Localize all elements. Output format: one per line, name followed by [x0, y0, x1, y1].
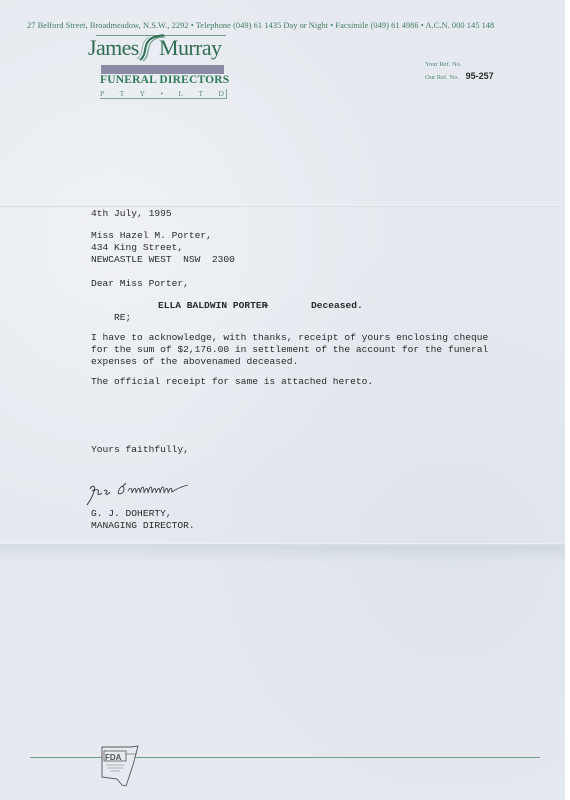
pty-letter: Y	[140, 89, 145, 98]
your-ref-row: Your Ref. No.	[425, 58, 494, 71]
handwritten-signature	[82, 477, 212, 507]
subject-label: RE;	[114, 312, 131, 323]
letterhead-address: 27 Belford Street, Broadmeadow, N.S.W., …	[27, 21, 494, 30]
pty-letter: •	[160, 89, 163, 98]
pty-letter: D	[219, 89, 224, 98]
deceased-name: ELLA BALDWIN PORTER	[158, 300, 267, 312]
subject-dash: -	[264, 300, 270, 312]
pty-letter: T	[120, 89, 125, 98]
acknowledgement-paragraph: I have to acknowledge, with thanks, rece…	[91, 332, 488, 368]
company-name-second: Murray	[159, 35, 221, 61]
pty-letter: P	[100, 89, 104, 98]
paragraph-line: expenses of the abovenamed deceased.	[91, 356, 488, 368]
your-ref-label: Your Ref. No.	[425, 61, 462, 68]
company-pty-ltd: P T Y • L T D	[100, 89, 227, 99]
pty-letter: L	[179, 89, 184, 98]
our-ref-value: 95-257	[466, 71, 494, 81]
recipient-line: 434 King Street,	[91, 242, 235, 254]
paragraph-line: for the sum of $2,176.00 in settlement o…	[91, 344, 488, 356]
paragraph-line: I have to acknowledge, with thanks, rece…	[91, 332, 488, 344]
company-logo: James Murray FUNERAL DIRECTORS P T Y • L…	[88, 34, 238, 104]
recipient-line: Miss Hazel M. Porter,	[91, 230, 235, 242]
deceased-status: Deceased.	[311, 300, 363, 312]
our-ref-label: Our Ref. No.	[425, 74, 459, 81]
fda-nsw-map-badge-icon: FDA	[95, 745, 141, 787]
receipt-paragraph: The official receipt for same is attache…	[91, 376, 373, 388]
recipient-line: NEWCASTLE WEST NSW 2300	[91, 254, 235, 266]
company-name-first: James	[88, 35, 139, 60]
closing: Yours faithfully,	[91, 444, 189, 456]
signatory-name: G. J. DOHERTY,	[91, 508, 195, 520]
pty-letter: T	[199, 89, 204, 98]
letter-date: 4th July, 1995	[91, 208, 172, 220]
signatory-title: MANAGING DIRECTOR.	[91, 520, 195, 532]
recipient-address: Miss Hazel M. Porter,434 King Street,NEW…	[91, 230, 235, 266]
company-name: James Murray	[88, 35, 139, 61]
reference-block: Your Ref. No. Our Ref. No. 95-257	[425, 58, 494, 84]
our-ref-row: Our Ref. No. 95-257	[425, 71, 494, 84]
logo-bar	[101, 65, 224, 74]
logo-swirl-icon	[136, 34, 166, 62]
fold-line	[0, 205, 565, 207]
company-subtitle: FUNERAL DIRECTORS	[100, 74, 229, 86]
svg-text:FDA: FDA	[105, 753, 122, 762]
fold-shadow	[0, 545, 565, 563]
letter-page: 27 Belford Street, Broadmeadow, N.S.W., …	[0, 0, 565, 800]
signatory-block: G. J. DOHERTY,MANAGING DIRECTOR.	[91, 508, 195, 532]
salutation: Dear Miss Porter,	[91, 278, 189, 290]
